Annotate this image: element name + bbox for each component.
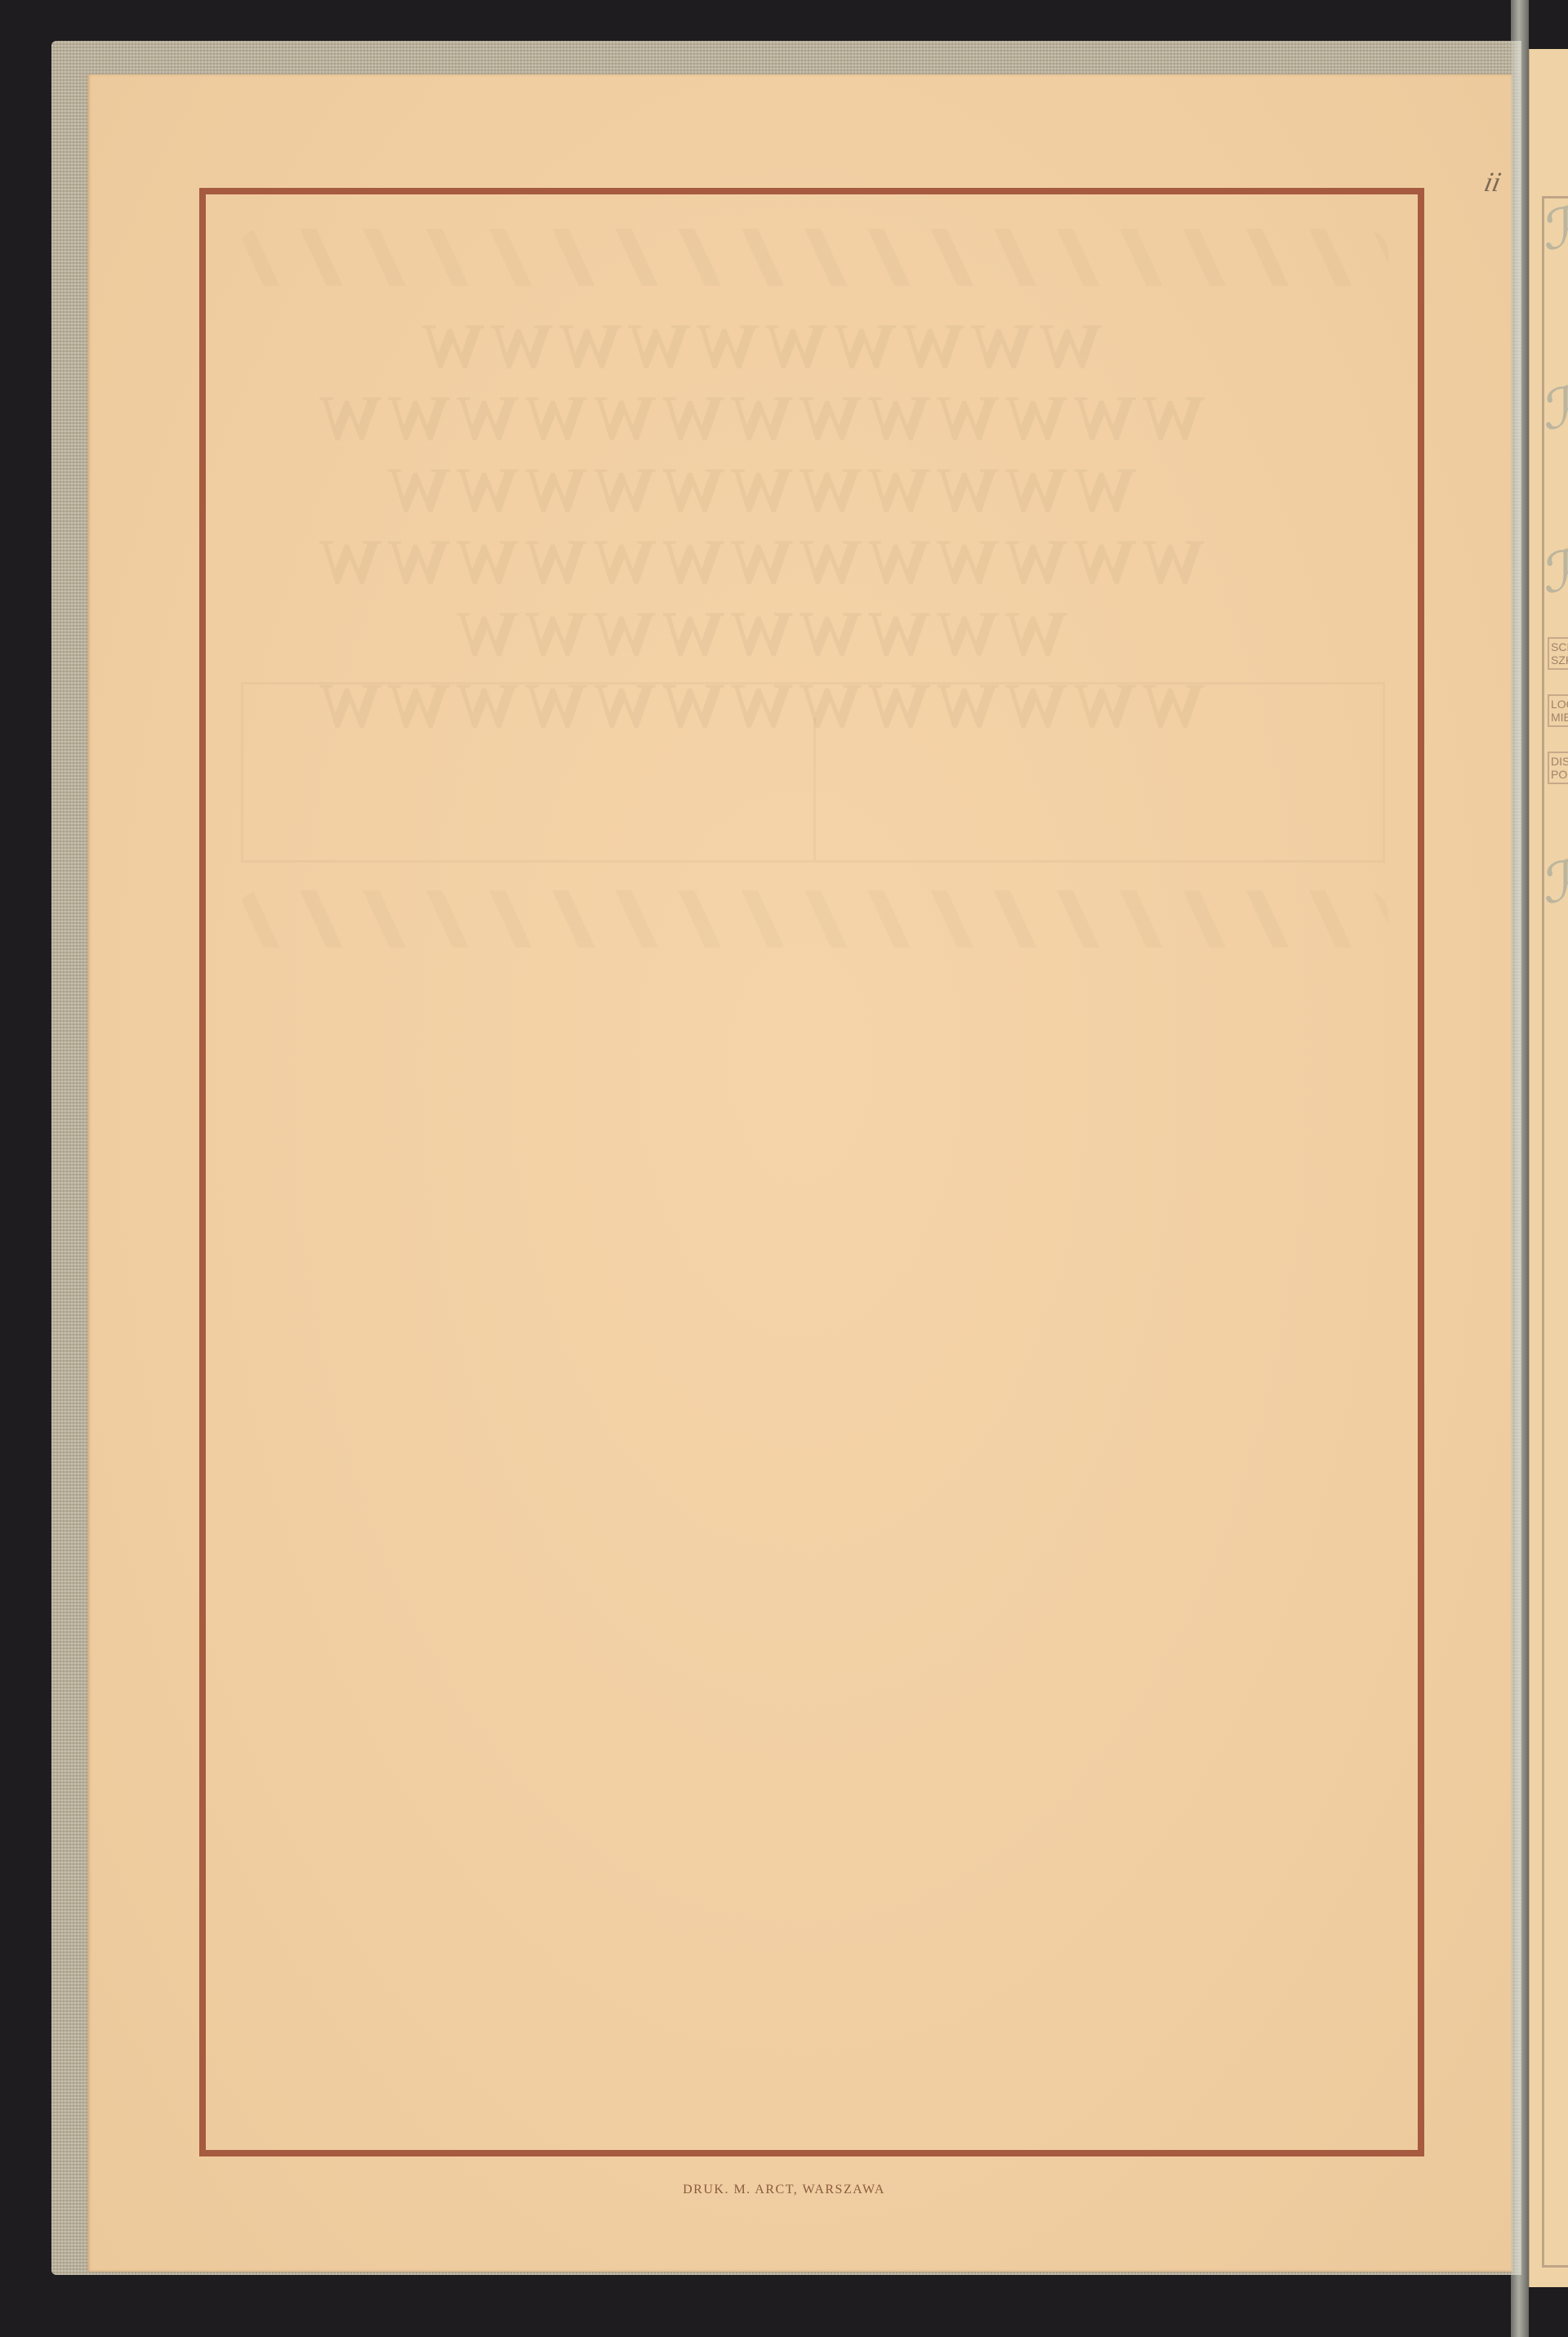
adjacent-ornament-glyph: ℛ: [1544, 850, 1568, 917]
adjacent-page-edge: ℛ ℛ ℛ SCH SZK LOC MIE DIS PO ℛ: [1529, 49, 1568, 2287]
adjacent-label-line: PO: [1551, 768, 1567, 781]
adjacent-label: SCH SZK: [1548, 637, 1568, 670]
decorative-border-frame: [199, 188, 1424, 2156]
adjacent-label-line: SZK: [1551, 653, 1568, 667]
adjacent-label-line: MIE: [1551, 711, 1568, 724]
adjacent-label: DIS PO: [1548, 751, 1568, 784]
adjacent-label-line: LOC: [1551, 698, 1568, 711]
printer-imprint: DRUK. M. ARCT, WARSZAWA: [621, 2183, 947, 2197]
adjacent-ornament-glyph: ℛ: [1544, 376, 1568, 444]
adjacent-label-line: SCH: [1551, 640, 1568, 653]
book-gutter: [1511, 0, 1529, 2337]
adjacent-label-line: DIS: [1551, 755, 1568, 768]
adjacent-label: LOC MIE: [1548, 694, 1568, 727]
adjacent-ornament-glyph: ℛ: [1544, 196, 1568, 264]
adjacent-ornament-glyph: ℛ: [1544, 539, 1568, 607]
adjacent-page-frame: [1542, 196, 1568, 2268]
